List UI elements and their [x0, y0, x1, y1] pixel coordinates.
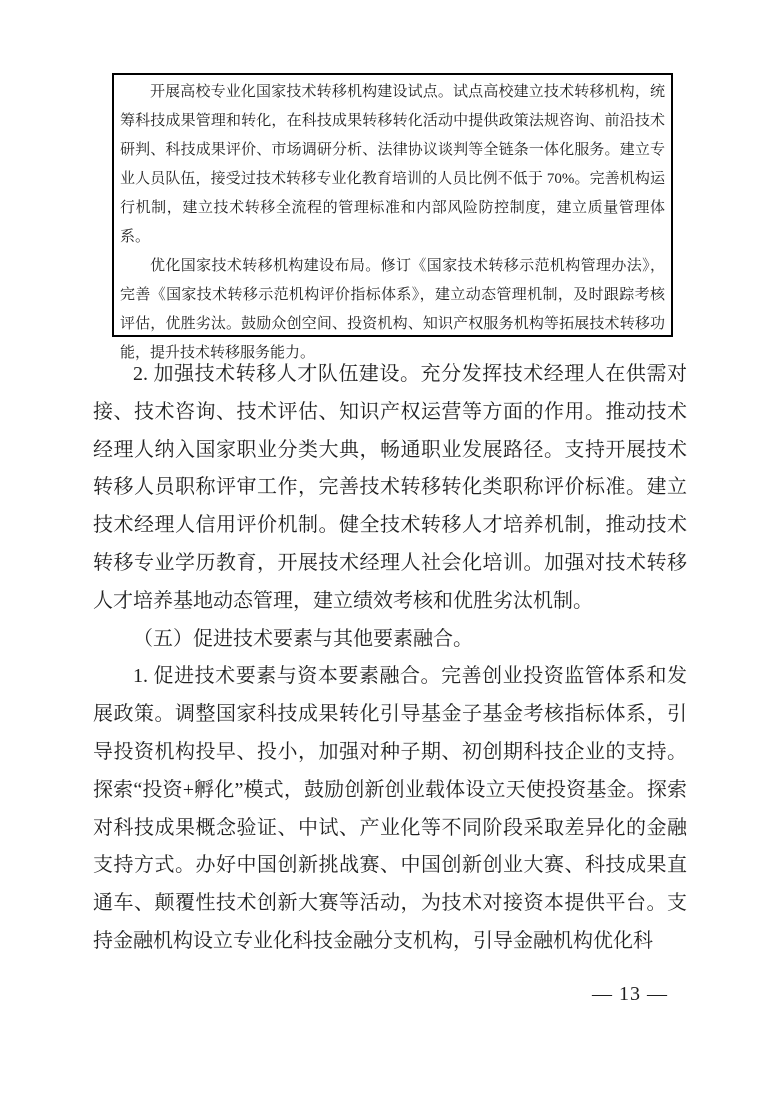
section-heading-five: （五）促进技术要素与其他要素融合。: [93, 621, 687, 659]
callout-paragraph-2: 优化国家技术转移机构建设布局。修订《国家技术转移示范机构管理办法》，完善《国家技…: [120, 252, 665, 368]
document-page: 开展高校专业化国家技术转移机构建设试点。试点高校建立技术转移机构，统筹科技成果管…: [0, 0, 780, 1103]
callout-paragraph-1: 开展高校专业化国家技术转移机构建设试点。试点高校建立技术转移机构，统筹科技成果管…: [120, 78, 665, 252]
callout-box: 开展高校专业化国家技术转移机构建设试点。试点高校建立技术转移机构，统筹科技成果管…: [112, 73, 673, 337]
body-paragraph-item-1: 1. 促进技术要素与资本要素融合。完善创业投资监管体系和发展政策。调整国家科技成…: [93, 658, 687, 960]
page-number: — 13 —: [592, 982, 668, 1006]
body-text-block: 2. 加强技术转移人才队伍建设。充分发挥技术经理人在供需对接、技术咨询、技术评估…: [93, 356, 687, 961]
body-paragraph-item-2: 2. 加强技术转移人才队伍建设。充分发挥技术经理人在供需对接、技术咨询、技术评估…: [93, 356, 687, 621]
